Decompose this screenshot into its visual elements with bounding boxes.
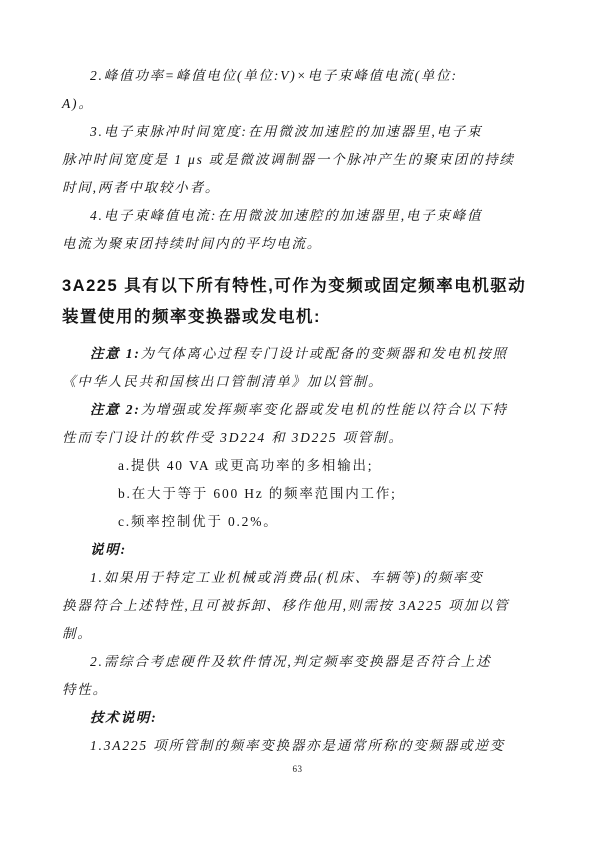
- tech-note-line: 1.3A225 项所管制的频率变换器亦是通常所称的变频器或逆变: [62, 732, 536, 760]
- explanation-line: 换器符合上述特性,且可被拆卸、移作他用,则需按 3A225 项加以管: [62, 592, 536, 620]
- list-item-a: a.提供 40 VA 或更高功率的多相输出;: [62, 452, 536, 480]
- note-1-label: 注意 1:: [90, 346, 141, 361]
- note-2-label: 注意 2:: [90, 402, 141, 417]
- note-line: 《中华人民共和国核出口管制清单》加以管制。: [62, 368, 536, 396]
- explanation-heading: 说明:: [62, 536, 536, 564]
- heading-line: 装置使用的频率变换器或发电机:: [62, 302, 536, 333]
- body-line: 电流为聚束团持续时间内的平均电流。: [62, 230, 536, 258]
- body-line: 3.电子束脉冲时间宽度:在用微波加速腔的加速器里,电子束: [62, 118, 536, 146]
- explanation-line: 1.如果用于特定工业机械或消费品(机床、车辆等)的频率变: [62, 564, 536, 592]
- note-1-text: 为气体离心过程专门设计或配备的变频器和发电机按照: [141, 346, 508, 361]
- body-line: 4.电子束峰值电流:在用微波加速腔的加速器里,电子束峰值: [62, 202, 536, 230]
- body-line: A)。: [62, 90, 536, 118]
- body-line: 时间,两者中取较小者。: [62, 174, 536, 202]
- body-line: 脉冲时间宽度是 1 μs 或是微波调制器一个脉冲产生的聚束团的持续: [62, 146, 536, 174]
- explanation-line: 制。: [62, 620, 536, 648]
- explanation-line: 特性。: [62, 676, 536, 704]
- note-line: 注意 1:为气体离心过程专门设计或配备的变频器和发电机按照: [62, 340, 536, 368]
- page-number: 63: [0, 764, 595, 774]
- document-page: 2.峰值功率=峰值电位(单位:V)×电子束峰值电流(单位: A)。 3.电子束脉…: [0, 0, 595, 841]
- list-item-c: c.频率控制优于 0.2%。: [62, 508, 536, 536]
- explanation-label: 说明:: [90, 542, 127, 557]
- tech-note-heading: 技术说明:: [62, 704, 536, 732]
- text-block: 2.峰值功率=峰值电位(单位:V)×电子束峰值电流(单位: A)。 3.电子束脉…: [62, 62, 536, 760]
- note-line: 性而专门设计的软件受 3D224 和 3D225 项管制。: [62, 424, 536, 452]
- body-line: 2.峰值功率=峰值电位(单位:V)×电子束峰值电流(单位:: [62, 62, 536, 90]
- heading-line: 3A225 具有以下所有特性,可作为变频或固定频率电机驱动: [62, 271, 536, 302]
- section-heading-3A225: 3A225 具有以下所有特性,可作为变频或固定频率电机驱动 装置使用的频率变换器…: [62, 271, 536, 333]
- tech-note-label: 技术说明:: [90, 710, 158, 725]
- explanation-line: 2.需综合考虑硬件及软件情况,判定频率变换器是否符合上述: [62, 648, 536, 676]
- note-line: 注意 2:为增强或发挥频率变化器或发电机的性能以符合以下特: [62, 396, 536, 424]
- note-2-text: 为增强或发挥频率变化器或发电机的性能以符合以下特: [141, 402, 508, 417]
- list-item-b: b.在大于等于 600 Hz 的频率范围内工作;: [62, 480, 536, 508]
